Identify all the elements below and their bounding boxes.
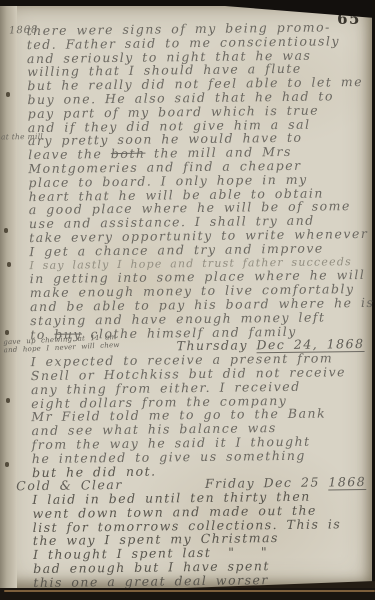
heading-date: Dec 24, 1868 (256, 336, 364, 353)
photo-edge-bottom-wedge (185, 581, 375, 588)
handwritten-text-block: at the mill there were signs of my being… (27, 20, 374, 590)
page-edge-ridge (4, 590, 375, 592)
entry-heading-row: gave up chewing at 11 amand hope I never… (30, 337, 370, 355)
entry-heading: Friday Dec 25 1868 (205, 475, 366, 491)
stitch-mark (6, 398, 10, 403)
heading-date: Friday Dec 25 (205, 475, 329, 492)
photo-edge-top-wedge (225, 6, 375, 18)
diary-scan: { "page": { "number": "65", "margin_year… (0, 0, 375, 600)
stitch-mark (4, 228, 8, 233)
heading-day: Thursday (177, 338, 257, 354)
stitch-mark (5, 330, 9, 335)
entry-heading: Thursday Dec 24, 1868 (177, 337, 365, 353)
margin-insert-note: at the mill (1, 132, 43, 142)
weather-note: Cold & Clear (16, 478, 123, 493)
heading-year: 1868 (328, 474, 366, 490)
stitch-mark (6, 92, 10, 97)
binding-edge (0, 0, 17, 600)
stitch-mark (5, 462, 9, 467)
stitch-mark (7, 262, 11, 267)
